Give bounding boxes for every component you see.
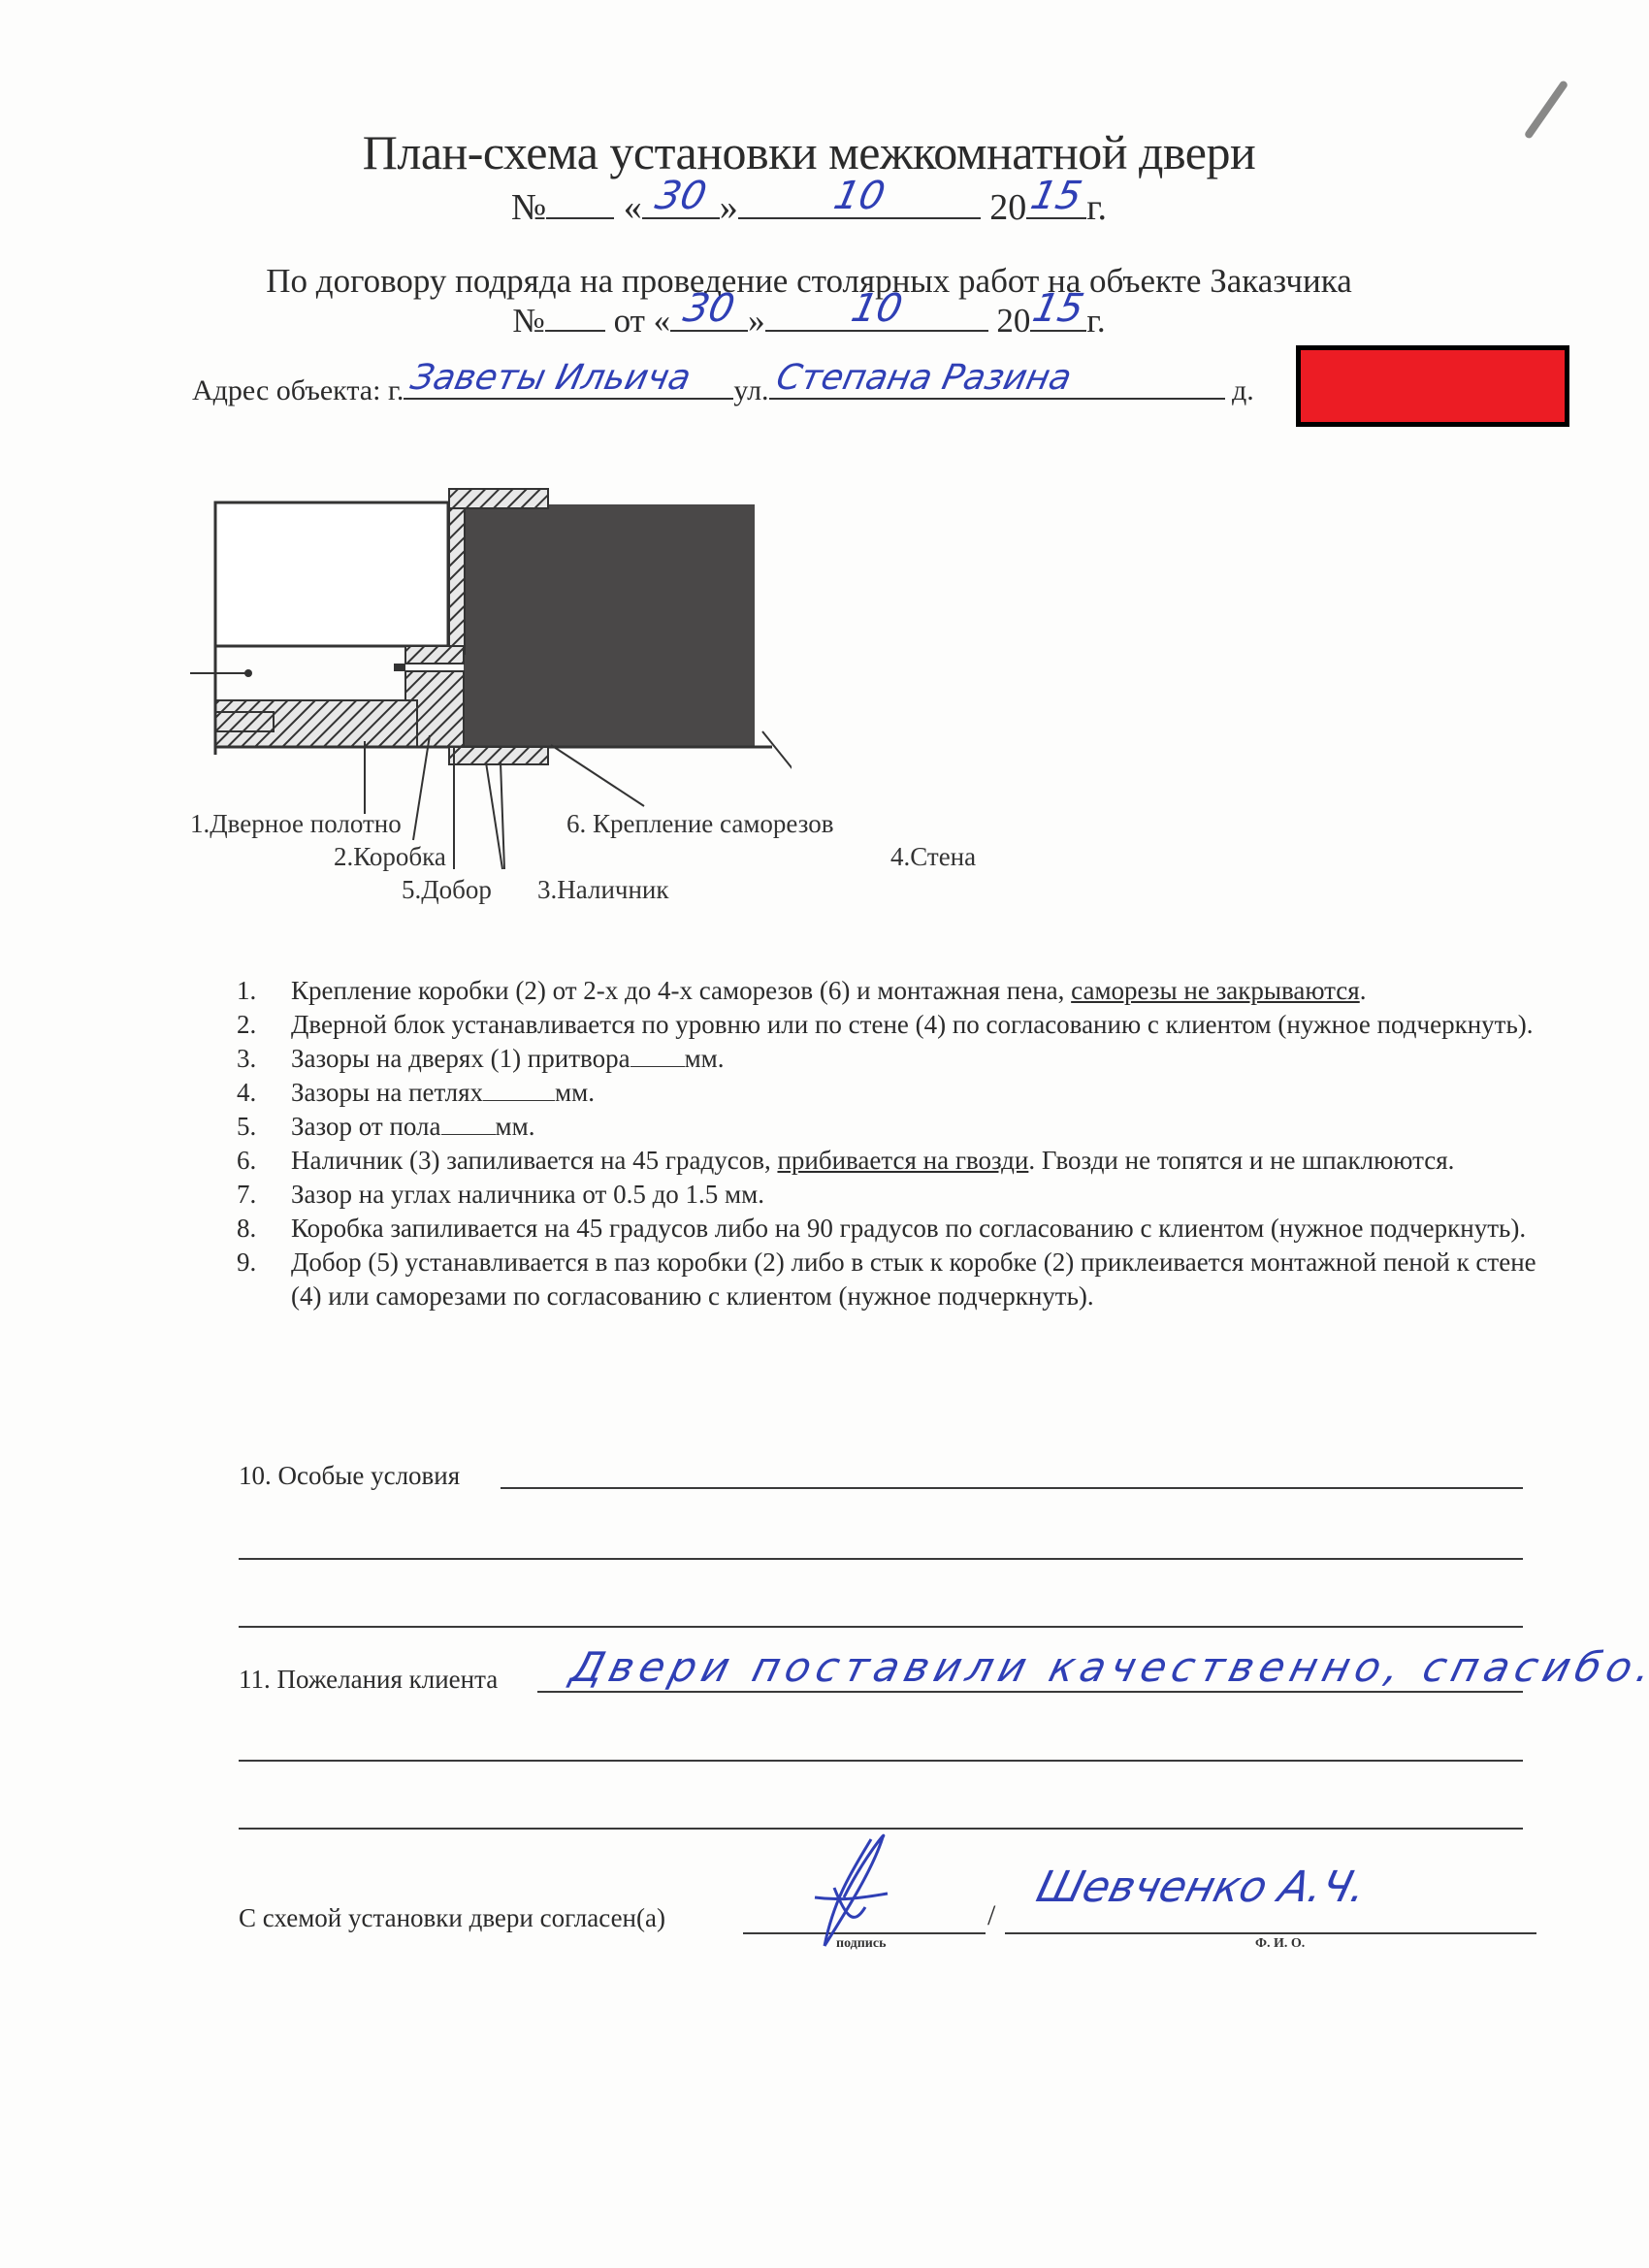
agreement-label: С схемой установки двери согласен(а) [239,1903,665,1933]
gap-mm-field[interactable] [441,1113,496,1135]
address-row: Адрес объекта: г.Заветы Ильичаул.Степана… [192,369,1254,407]
condition-text: Дверной блок устанавливается по уровню и… [291,1010,1534,1039]
condition-number: 9. [237,1246,256,1280]
year-value: 15 [1022,177,1091,215]
contract-year-field[interactable]: 15 [1030,297,1086,332]
condition-number: 3. [237,1042,256,1076]
separator-slash: / [987,1899,995,1932]
city-value: Заветы Ильича [401,361,738,396]
street-label: ул. [733,374,768,406]
condition-item: 7.Зазор на углах наличника от 0.5 до 1.5… [237,1178,1536,1212]
condition-item: 2.Дверной блок устанавливается по уровню… [237,1008,1536,1042]
condition-item: 3.Зазоры на дверях (1) притворамм. [237,1042,1536,1076]
condition-number: 7. [237,1178,256,1212]
condition-number: 6. [237,1144,256,1178]
condition-text: мм. [555,1078,595,1107]
number-field[interactable] [546,184,614,219]
signature-caption: подпись [836,1936,887,1952]
gap-mm-field[interactable] [630,1045,685,1067]
contract-year-value: 15 [1026,289,1091,328]
street-field[interactable]: Степана Разина [769,369,1225,400]
number-label: № [511,187,546,228]
day-field[interactable]: 30 [642,184,720,219]
special-conditions-field-line3[interactable] [239,1626,1523,1628]
condition-text: Зазоры на дверях (1) притвора [291,1044,630,1073]
contract-number-field[interactable] [545,297,605,332]
condition-text: . [1360,976,1367,1005]
contract-month-field[interactable]: 10 [765,297,988,332]
month-value: 10 [733,177,985,215]
label-trim: 3.Наличник [537,875,669,905]
address-label: Адрес объекта: г. [192,374,404,406]
full-name-caption: Ф. И. О. [1255,1936,1305,1952]
condition-text: Зазор на углах наличника от 0.5 до 1.5 м… [291,1180,764,1209]
condition-text: прибивается на гвозди [777,1146,1028,1175]
special-conditions-field-line1[interactable] [501,1487,1523,1489]
client-wishes-label: 11. Пожелания клиента [239,1665,498,1695]
house-number-redaction [1296,345,1569,427]
client-wishes-field-line2[interactable] [239,1760,1523,1762]
full-name-field[interactable] [1005,1932,1536,1934]
year-field[interactable]: 15 [1026,184,1086,219]
special-conditions-label: 10. Особые условия [239,1461,460,1491]
gap-mm-field[interactable] [483,1079,555,1101]
condition-number: 5. [237,1110,256,1144]
contract-year-prefix: 20 [996,302,1030,340]
installation-conditions-list: 1.Крепление коробки (2) от 2-х до 4-х са… [237,974,1536,1313]
condition-text: Наличник (3) запиливается на 45 градусов… [291,1146,777,1175]
condition-text: Зазоры на петлях [291,1078,483,1107]
condition-text: Зазор от пола [291,1112,441,1141]
house-label: д. [1232,374,1254,406]
condition-text: . Гвозди не топятся и не шпаклюются. [1028,1146,1454,1175]
condition-item: 8.Коробка запиливается на 45 градусов ли… [237,1212,1536,1246]
contract-date-row: № от «30»10 2015г. [0,297,1618,340]
special-conditions-field-line2[interactable] [239,1558,1523,1560]
condition-item: 5.Зазор от поламм. [237,1110,1536,1144]
label-frame: 2.Коробка [334,842,446,872]
client-wishes-field-line1[interactable] [537,1691,1523,1693]
condition-item: 4.Зазоры на петляхмм. [237,1076,1536,1110]
door-installation-diagram: 1.Дверное полотно 2.Коробка 5.Добор 3.На… [190,481,792,908]
condition-number: 2. [237,1008,256,1042]
year-prefix: 20 [989,187,1026,228]
condition-item: 1.Крепление коробки (2) от 2-х до 4-х са… [237,974,1536,1008]
label-wall: 4.Стена [890,842,976,872]
condition-item: 6.Наличник (3) запиливается на 45 градус… [237,1144,1536,1178]
contract-from-label: от « [614,302,671,340]
contract-month-value: 10 [760,289,992,328]
condition-text: саморезы не закрываются [1071,976,1360,1005]
year-unit: г. [1086,187,1107,228]
condition-item: 9.Добор (5) устанавливается в паз коробк… [237,1246,1536,1313]
contract-year-unit: г. [1086,302,1105,340]
door-cross-section-drawing [190,481,792,908]
street-value: Степана Разина [765,361,1229,396]
document-title: План-схема установки межкомнатной двери [0,124,1618,180]
condition-text: мм. [685,1044,725,1073]
client-wishes-value[interactable]: Двери поставили качественно, спасибо. [566,1643,1649,1691]
condition-text: Добор (5) устанавливается в паз коробки … [291,1247,1536,1311]
label-extension: 5.Добор [402,875,492,905]
condition-number: 8. [237,1212,256,1246]
month-field[interactable]: 10 [738,184,981,219]
label-door-leaf: 1.Дверное полотно [190,809,402,839]
header-date-row: № «30»10 2015г. [0,184,1618,229]
city-field[interactable]: Заветы Ильича [404,369,733,400]
day-value: 30 [637,177,724,215]
condition-number: 1. [237,974,256,1008]
contract-day-field[interactable]: 30 [670,297,748,332]
label-screw-fastening: 6. Крепление саморезов [566,809,833,839]
condition-number: 4. [237,1076,256,1110]
full-name-value: Шевченко А.Ч. [1032,1863,1372,1912]
condition-text: Коробка запиливается на 45 градусов либо… [291,1214,1526,1243]
condition-text: Крепление коробки (2) от 2-х до 4-х само… [291,976,1071,1005]
condition-text: мм. [496,1112,535,1141]
contract-day-value: 30 [666,289,753,328]
contract-number-label: № [512,302,544,340]
